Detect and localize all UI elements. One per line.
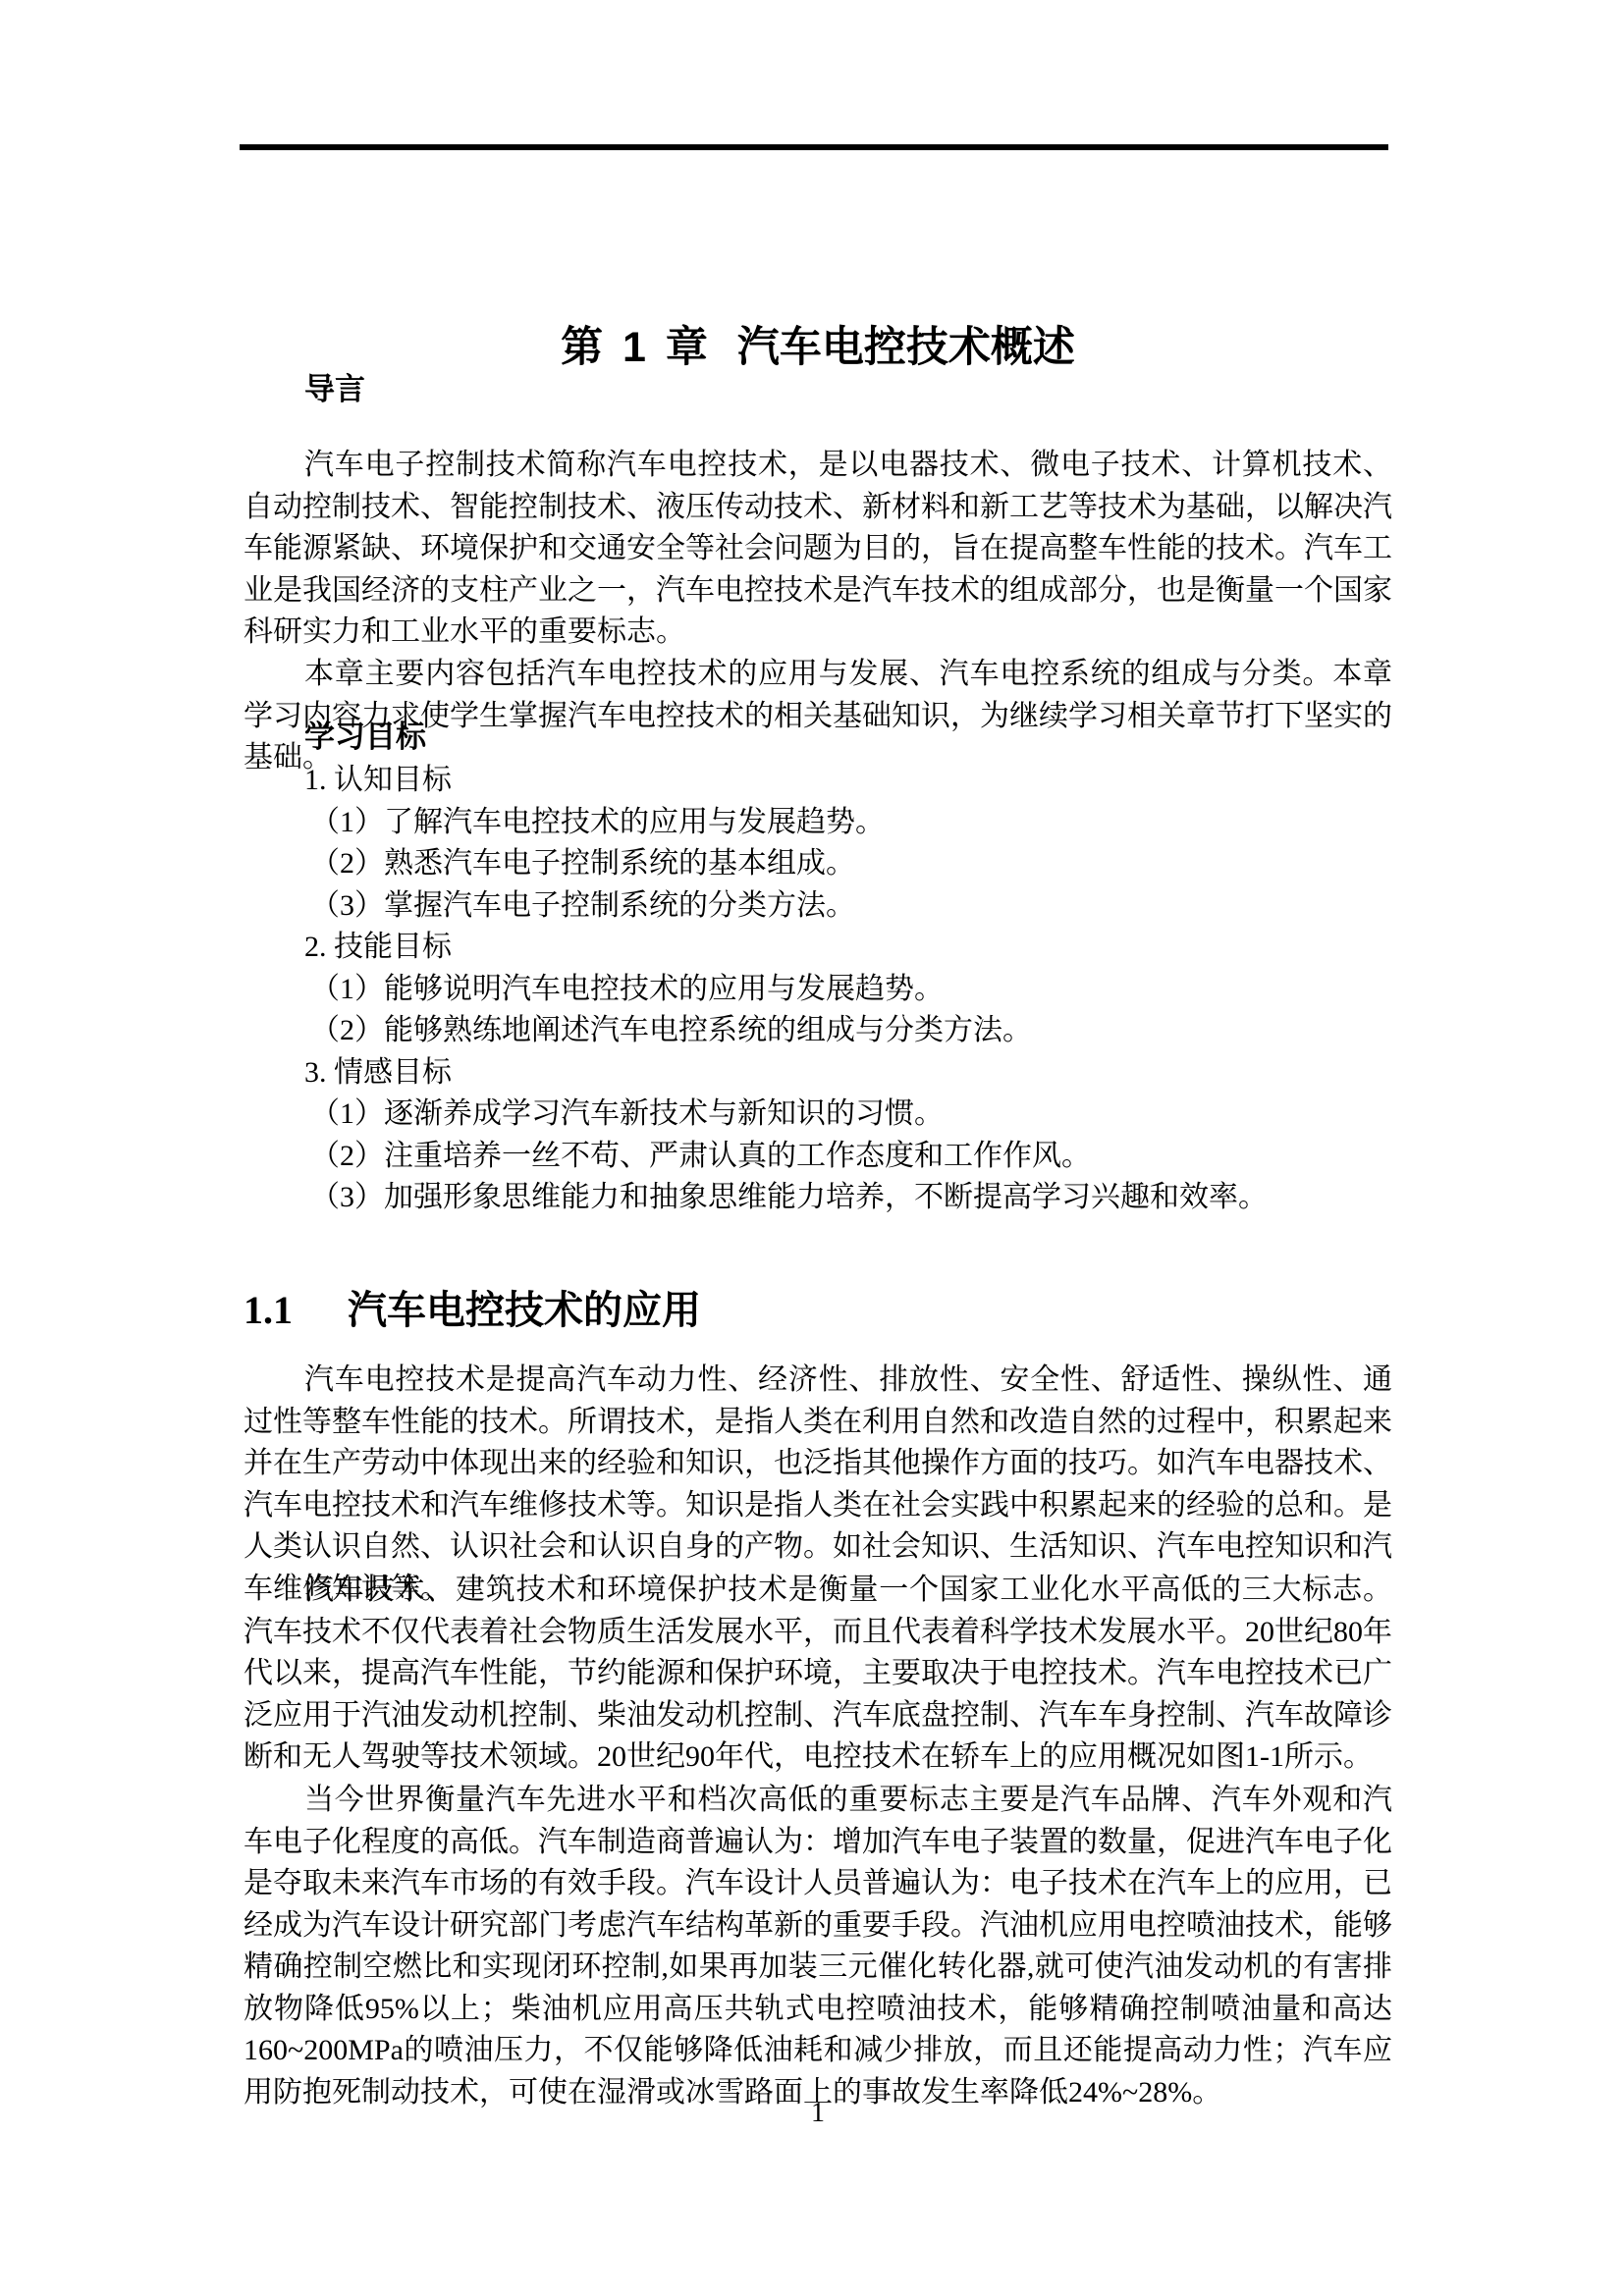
intro-paragraph: 汽车电子控制技术简称汽车电控技术，是以电器技术、微电子技术、计算机技术、自动控制… — [244, 445, 1392, 654]
objective-item: （2）注重培养一丝不苟、严肃认真的工作态度和工作作风。 — [244, 1136, 1392, 1178]
objectives-list: 1. 认知目标 （1）了解汽车电控技术的应用与发展趋势。 （2）熟悉汽车电子控制… — [244, 760, 1392, 1219]
document-page: 第 1 章汽车电控技术概述 导言 汽车电子控制技术简称汽车电控技术，是以电器技术… — [0, 0, 1624, 2296]
objective-item: （1）逐渐养成学习汽车新技术与新知识的习惯。 — [244, 1094, 1392, 1136]
objective-item: （1）了解汽车电控技术的应用与发展趋势。 — [244, 802, 1392, 844]
objective-item: 1. 认知目标 — [244, 760, 1392, 802]
objective-item: （2）能够熟练地阐述汽车电控系统的组成与分类方法。 — [244, 1010, 1392, 1052]
objective-item: 2. 技能目标 — [244, 927, 1392, 969]
chapter-title: 第 1 章汽车电控技术概述 — [244, 322, 1392, 373]
chapter-title-text: 汽车电控技术概述 — [737, 324, 1075, 371]
objective-item: 3. 情感目标 — [244, 1052, 1392, 1095]
section-title-text: 汽车电控技术的应用 — [348, 1289, 701, 1332]
page-number: 1 — [244, 2097, 1392, 2130]
chapter-number-label: 第 1 章 — [561, 324, 712, 371]
header-rule — [240, 144, 1388, 150]
objective-item: （1）能够说明汽车电控技术的应用与发展趋势。 — [244, 969, 1392, 1011]
objective-item: （3）加强形象思维能力和抽象思维能力培养，不断提高学习兴趣和效率。 — [244, 1177, 1392, 1219]
intro-heading: 导言 — [244, 370, 1392, 409]
objective-item: （3）掌握汽车电子控制系统的分类方法。 — [244, 885, 1392, 928]
objectives-heading: 学习目标 — [244, 718, 1392, 757]
section-heading-1-1: 1.1汽车电控技术的应用 — [244, 1287, 1392, 1334]
objective-item: （2）熟悉汽车电子控制系统的基本组成。 — [244, 843, 1392, 885]
section-paragraph: 汽车技术、建筑技术和环境保护技术是衡量一个国家工业化水平高低的三大标志。汽车技术… — [244, 1570, 1392, 1779]
section-number: 1.1 — [244, 1288, 293, 1332]
section-paragraph: 当今世界衡量汽车先进水平和档次高低的重要标志主要是汽车品牌、汽车外观和汽车电子化… — [244, 1780, 1392, 2113]
